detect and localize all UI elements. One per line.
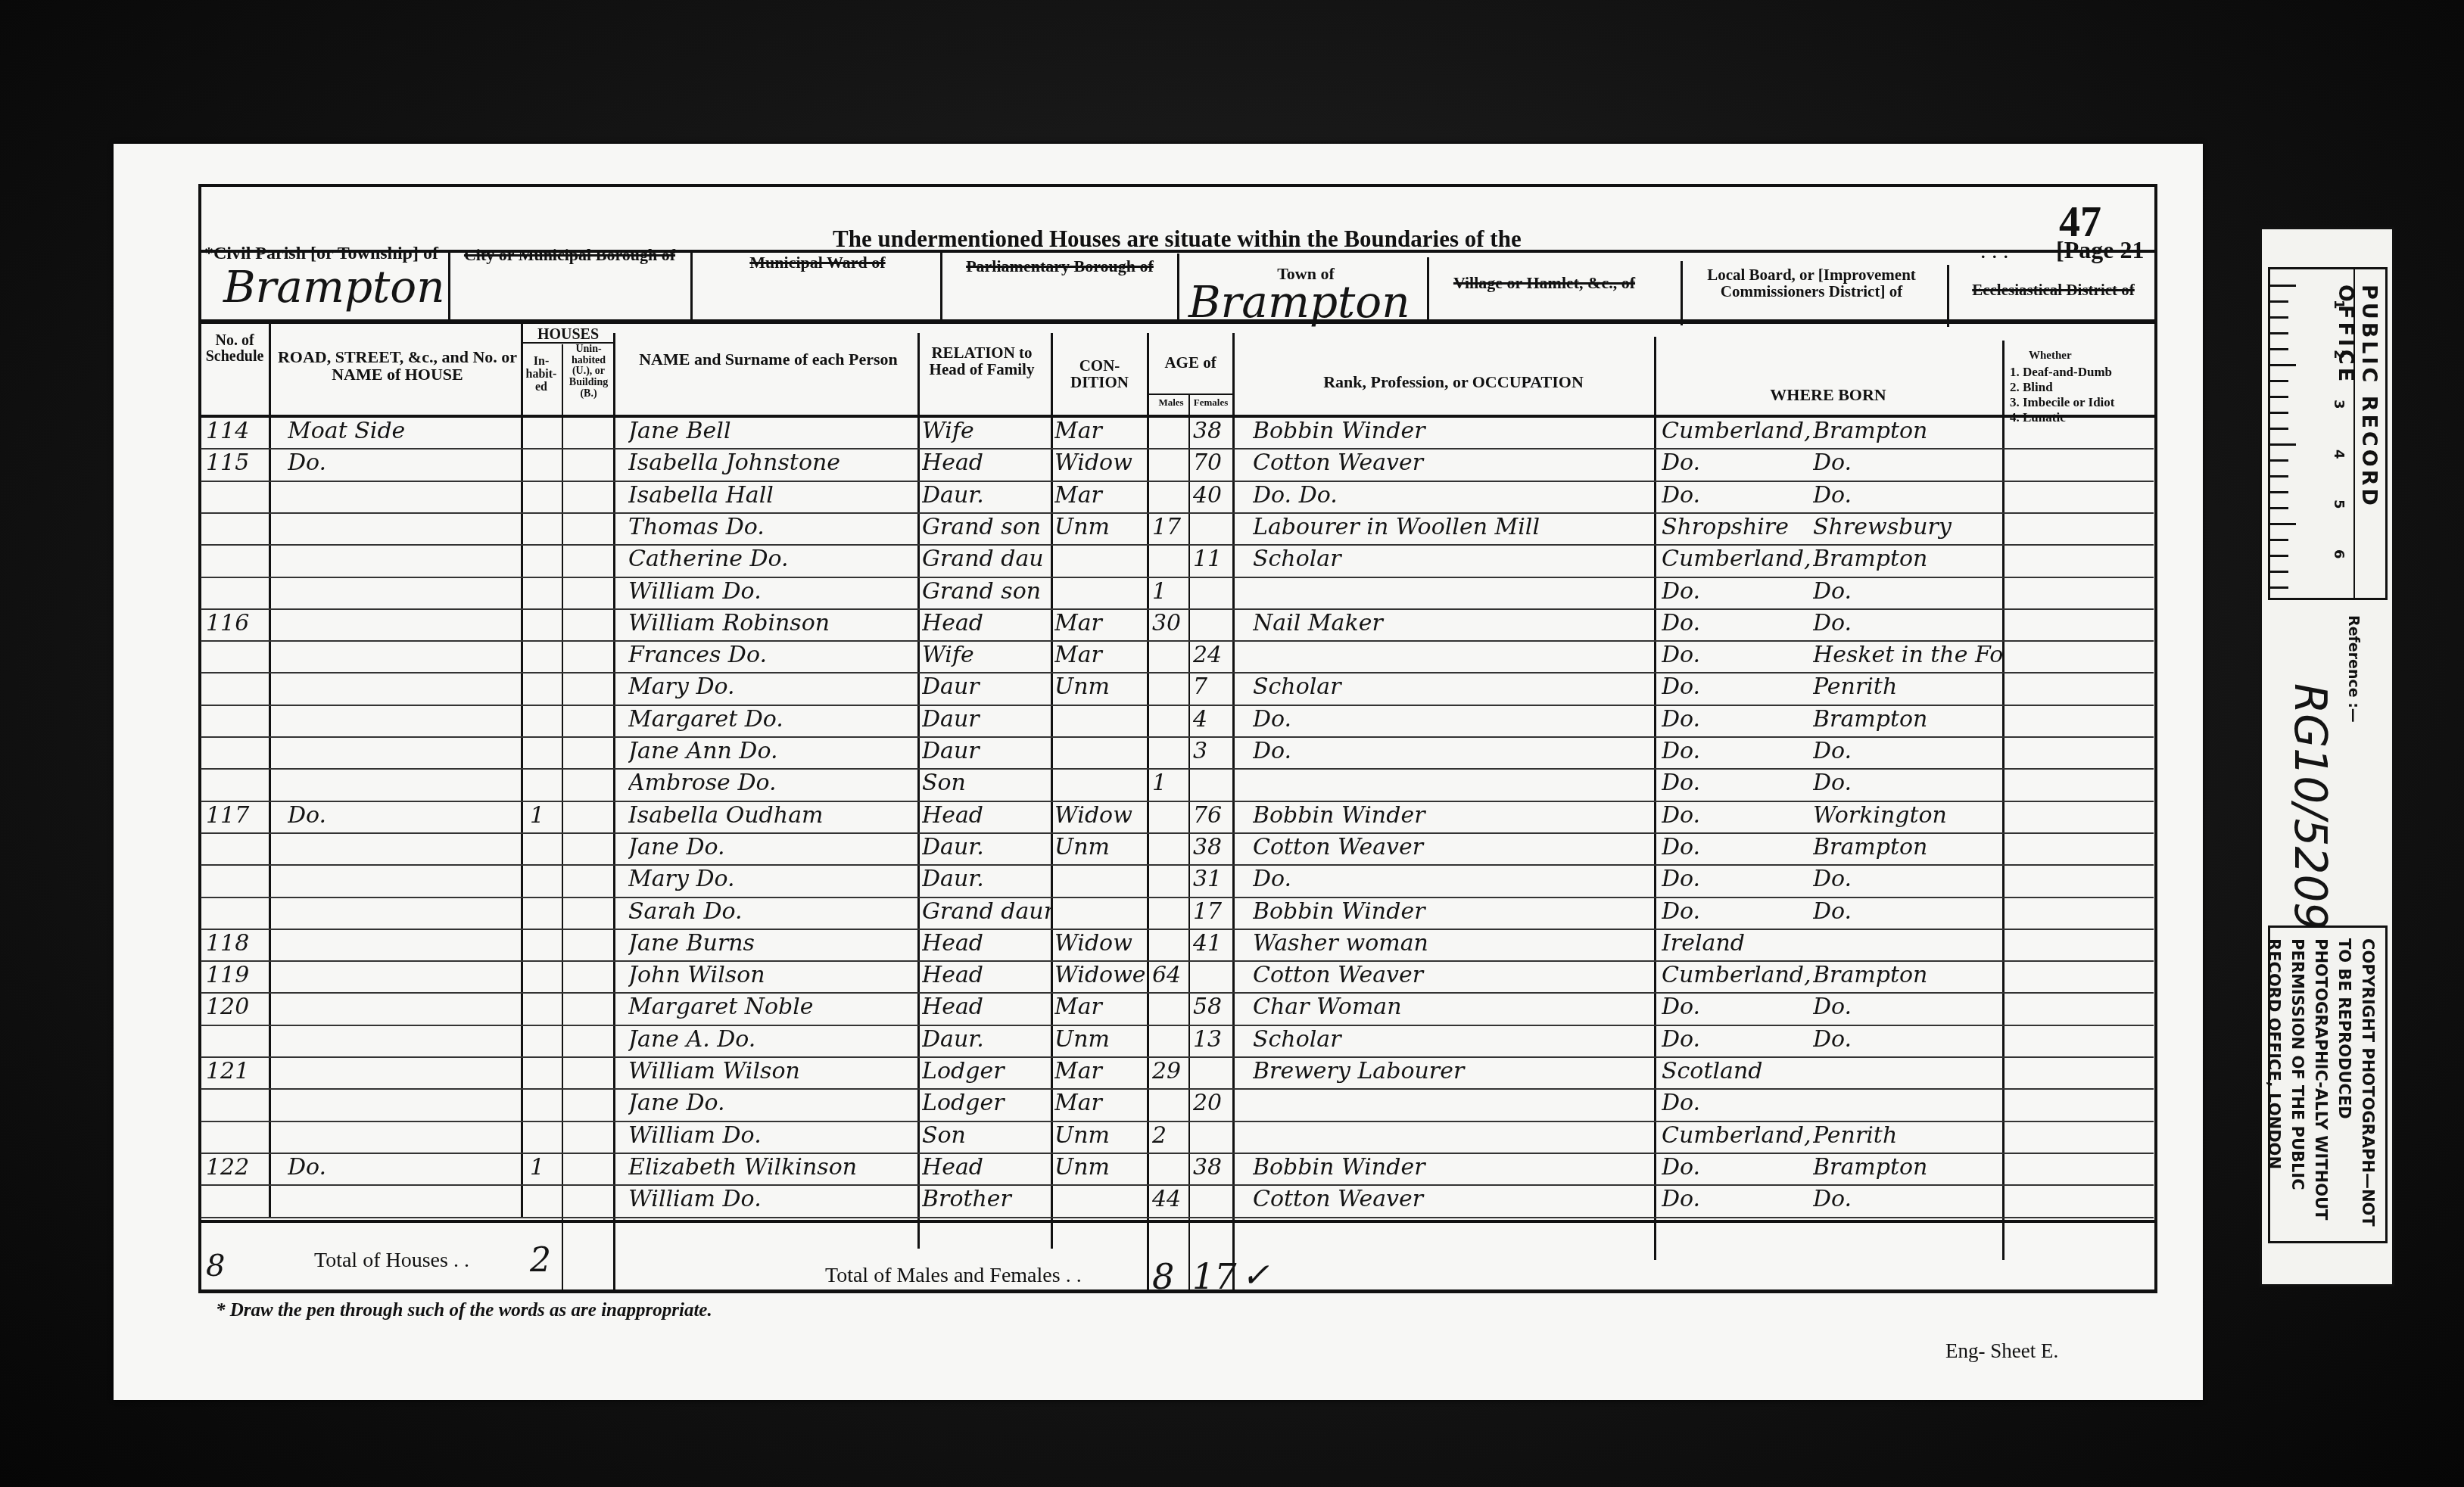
- total-houses-inhabited: 2: [530, 1241, 551, 1280]
- cell-occupation: Do.: [1253, 738, 1650, 770]
- cell-female-age: 38: [1193, 1154, 1232, 1186]
- cell-road: [288, 994, 515, 1025]
- cell-inhabited: [530, 578, 560, 610]
- cell-born-county: Ireland: [1662, 930, 1813, 962]
- cell-name: Jane Do.: [628, 834, 916, 866]
- ruler-tick: [2270, 412, 2288, 414]
- cell-road: [288, 1186, 515, 1218]
- boundary-label-municipal-borough: City or Municipal Borough of: [454, 246, 685, 263]
- cell-occupation: Cotton Weaver: [1253, 962, 1650, 994]
- cell-inhabited: 1: [530, 1154, 560, 1186]
- cell-relation: Lodger: [922, 1090, 1051, 1121]
- cell-condition: Unm: [1054, 1122, 1145, 1154]
- cell-male-age: [1152, 802, 1188, 834]
- cell-condition: Mar: [1054, 994, 1145, 1025]
- cell-relation: Wife: [922, 418, 1051, 450]
- cell-occupation: Scholar: [1253, 1026, 1650, 1058]
- cell-schedule: [206, 1026, 266, 1058]
- cell-relation: Head: [922, 1154, 1051, 1186]
- divider: [1232, 333, 1235, 1290]
- cell-female-age: 24: [1193, 642, 1232, 674]
- cell-occupation: Char Woman: [1253, 994, 1650, 1025]
- cell-road: [288, 962, 515, 994]
- cell-name: Thomas Do.: [628, 514, 916, 546]
- copyright-box: COPYRIGHT PHOTOGRAPH—NOT TO BE REPRODUCE…: [2268, 925, 2388, 1243]
- cell-relation: Son: [922, 770, 1051, 801]
- cell-road: Do.: [288, 802, 515, 834]
- cell-male-age: 1: [1152, 770, 1188, 801]
- cell-road: [288, 706, 515, 738]
- cell-occupation: Cotton Weaver: [1253, 1186, 1650, 1218]
- cell-name: Mary Do.: [628, 674, 916, 705]
- cell-relation: Grand son: [922, 514, 1051, 546]
- cell-schedule: [206, 834, 266, 866]
- cell-occupation: Nail Maker: [1253, 610, 1650, 642]
- col-header-females: Females: [1190, 397, 1232, 408]
- cell-schedule: [206, 1186, 266, 1218]
- cell-relation: Head: [922, 994, 1051, 1025]
- cell-name: John Wilson: [628, 962, 916, 994]
- cell-male-age: [1152, 450, 1188, 481]
- cell-born-county: Shropshire: [1662, 514, 1813, 546]
- row-rule: [201, 1217, 2154, 1218]
- cell-born-county: Cumberland,: [1662, 962, 1813, 994]
- cell-occupation: Cotton Weaver: [1253, 834, 1650, 866]
- cell-road: [288, 674, 515, 705]
- cell-occupation: Do. Do.: [1253, 482, 1650, 514]
- cell-born-place: Brampton: [1813, 834, 2002, 866]
- cell-relation: Daur: [922, 706, 1051, 738]
- cell-born-county: Do.: [1662, 802, 1813, 834]
- divider: [1947, 265, 1949, 327]
- check-mark-icon: ✓: [1241, 1256, 1269, 1295]
- col-header-males: Males: [1152, 397, 1190, 408]
- cell-born-county: Do.: [1662, 610, 1813, 642]
- cell-schedule: [206, 674, 266, 705]
- reference-value: RG10/5209: [2285, 683, 2336, 930]
- cell-female-age: [1193, 578, 1232, 610]
- cell-occupation: Bobbin Winder: [1253, 418, 1650, 450]
- cell-inhabited: [530, 1090, 560, 1121]
- ruler-cm-label: 2: [2331, 350, 2347, 359]
- cell-born-place: Workington: [1813, 802, 2002, 834]
- cell-born-place: Brampton: [1813, 962, 2002, 994]
- ruler-cm-label: 4: [2331, 450, 2347, 459]
- cell-female-age: [1193, 1186, 1232, 1218]
- cell-born-place: Penrith: [1813, 1122, 2002, 1154]
- cell-road: [288, 898, 515, 930]
- cell-occupation: [1253, 1090, 1650, 1121]
- cell-inhabited: [530, 418, 560, 450]
- cell-condition: Widow: [1054, 802, 1145, 834]
- cell-name: Jane Bell: [628, 418, 916, 450]
- cell-occupation: Bobbin Winder: [1253, 802, 1650, 834]
- cell-name: Jane A. Do.: [628, 1026, 916, 1058]
- cell-schedule: [206, 578, 266, 610]
- cell-occupation: Labourer in Woollen Mill: [1253, 514, 1650, 546]
- cell-relation: Lodger: [922, 1058, 1051, 1090]
- cell-female-age: 20: [1193, 1090, 1232, 1121]
- cell-female-age: 40: [1193, 482, 1232, 514]
- cell-schedule: [206, 546, 266, 577]
- cell-inhabited: [530, 738, 560, 770]
- cell-occupation: [1253, 642, 1650, 674]
- cell-occupation: Bobbin Winder: [1253, 1154, 1650, 1186]
- cell-schedule: 121: [206, 1058, 266, 1090]
- cell-occupation: Bobbin Winder: [1253, 898, 1650, 930]
- cell-inhabited: [530, 1186, 560, 1218]
- cell-condition: Mar: [1054, 482, 1145, 514]
- margin-note: 8: [206, 1249, 225, 1283]
- cell-female-age: [1193, 1058, 1232, 1090]
- cell-schedule: 118: [206, 930, 266, 962]
- cell-male-age: [1152, 898, 1188, 930]
- cell-road: Moat Side: [288, 418, 515, 450]
- cell-born-place: Penrith: [1813, 674, 2002, 705]
- cell-relation: Head: [922, 962, 1051, 994]
- divider: [1427, 257, 1429, 324]
- cell-male-age: 1: [1152, 578, 1188, 610]
- cell-inhabited: [530, 674, 560, 705]
- cell-female-age: [1193, 1122, 1232, 1154]
- cell-inhabited: [530, 642, 560, 674]
- public-record-office-label: PUBLIC RECORD OFFICE 123456 Reference :—…: [2260, 227, 2394, 1286]
- cell-relation: Daur: [922, 738, 1051, 770]
- ruler: PUBLIC RECORD OFFICE 123456: [2268, 267, 2388, 600]
- ruler-tick: [2270, 380, 2288, 382]
- cell-name: Jane Ann Do.: [628, 738, 916, 770]
- cell-road: [288, 834, 515, 866]
- cell-male-age: [1152, 834, 1188, 866]
- cell-female-age: 58: [1193, 994, 1232, 1025]
- col-header-occupation: Rank, Profession, or OCCUPATION: [1257, 373, 1650, 390]
- cell-born-place: Brampton: [1813, 706, 2002, 738]
- cell-female-age: 70: [1193, 450, 1232, 481]
- footnote: * Draw the pen through such of the words…: [216, 1300, 712, 1321]
- cell-relation: Head: [922, 610, 1051, 642]
- ruler-tick: [2270, 300, 2288, 303]
- cell-occupation: Do.: [1253, 866, 1650, 897]
- cell-inhabited: [530, 546, 560, 577]
- cell-condition: [1054, 738, 1145, 770]
- boundary-label-municipal-ward: Municipal Ward of: [696, 254, 939, 271]
- col-header-uninhabited: Unin-habited (U.), or Building (B.): [564, 344, 613, 400]
- cell-male-age: [1152, 1026, 1188, 1058]
- cell-condition: [1054, 866, 1145, 897]
- cell-road: [288, 866, 515, 897]
- ruler-tick: [2270, 507, 2288, 509]
- ruler-tick: [2270, 459, 2288, 462]
- cell-road: [288, 1058, 515, 1090]
- cell-road: [288, 610, 515, 642]
- cell-schedule: [206, 482, 266, 514]
- cell-occupation: [1253, 770, 1650, 801]
- cell-male-age: [1152, 706, 1188, 738]
- cell-female-age: 13: [1193, 1026, 1232, 1058]
- cell-name: William Do.: [628, 1122, 916, 1154]
- cell-female-age: 41: [1193, 930, 1232, 962]
- cell-name: Isabella Hall: [628, 482, 916, 514]
- cell-born-county: Do.: [1662, 1026, 1813, 1058]
- cell-name: Elizabeth Wilkinson: [628, 1154, 916, 1186]
- cell-condition: Widower: [1054, 962, 1145, 994]
- cell-male-age: [1152, 1154, 1188, 1186]
- cell-schedule: [206, 1122, 266, 1154]
- col-header-inhabited: In-habit-ed: [522, 356, 560, 394]
- cell-occupation: Scholar: [1253, 546, 1650, 577]
- cell-name: Margaret Noble: [628, 994, 916, 1025]
- sheet-label: Eng- Sheet E.: [1945, 1339, 2058, 1363]
- ruler-cm-label: 6: [2331, 549, 2347, 559]
- divider: [917, 333, 920, 1249]
- cell-road: [288, 930, 515, 962]
- divider: [448, 250, 450, 319]
- cell-born-county: Scotland: [1662, 1058, 1813, 1090]
- ruler-tick: [2270, 332, 2288, 334]
- cell-schedule: [206, 642, 266, 674]
- copyright-notice: COPYRIGHT PHOTOGRAPH—NOT TO BE REPRODUCE…: [2262, 938, 2379, 1233]
- cell-schedule: [206, 706, 266, 738]
- cell-relation: Head: [922, 450, 1051, 481]
- cell-female-age: 4: [1193, 706, 1232, 738]
- cell-born-county: Do.: [1662, 994, 1813, 1025]
- cell-born-place: Do.: [1813, 738, 2002, 770]
- cell-road: Do.: [288, 1154, 515, 1186]
- cell-born-place: Hesket in the Forest: [1813, 642, 2002, 674]
- cell-female-age: [1193, 962, 1232, 994]
- col-header-relation: RELATION to Head of Family: [925, 344, 1039, 378]
- divider: [1147, 333, 1149, 1290]
- cell-male-age: [1152, 642, 1188, 674]
- cell-born-place: Shrewsbury: [1813, 514, 2002, 546]
- divider: [1681, 261, 1683, 325]
- cell-condition: Unm: [1054, 1026, 1145, 1058]
- col-header-schedule: No. of Schedule: [201, 333, 269, 365]
- cell-condition: [1054, 546, 1145, 577]
- cell-condition: [1054, 578, 1145, 610]
- divider: [269, 322, 271, 1218]
- cell-schedule: [206, 738, 266, 770]
- ruler-tick: [2270, 475, 2288, 478]
- cell-relation: Son: [922, 1122, 1051, 1154]
- cell-born-county: Cumberland,: [1662, 418, 1813, 450]
- cell-name: Jane Burns: [628, 930, 916, 962]
- cell-road: [288, 514, 515, 546]
- divider: [562, 344, 563, 1290]
- cell-relation: Daur.: [922, 1026, 1051, 1058]
- boundary-value-civil-parish: Brampton: [223, 261, 445, 313]
- cell-schedule: 120: [206, 994, 266, 1025]
- cell-road: [288, 770, 515, 801]
- cell-female-age: [1193, 610, 1232, 642]
- ruler-tick: [2270, 396, 2288, 398]
- cell-inhabited: [530, 834, 560, 866]
- cell-condition: Unm: [1054, 674, 1145, 705]
- cell-born-county: Cumberland,: [1662, 1122, 1813, 1154]
- cell-inhabited: [530, 706, 560, 738]
- cell-occupation: Washer woman: [1253, 930, 1650, 962]
- cell-born-place: Do.: [1813, 898, 2002, 930]
- cell-relation: Daur.: [922, 834, 1051, 866]
- cell-female-age: [1193, 770, 1232, 801]
- cell-male-age: [1152, 866, 1188, 897]
- cell-condition: Unm: [1054, 514, 1145, 546]
- cell-schedule: [206, 866, 266, 897]
- cell-name: Mary Do.: [628, 866, 916, 897]
- cell-schedule: [206, 898, 266, 930]
- cell-inhabited: [530, 610, 560, 642]
- cell-born-county: Do.: [1662, 1154, 1813, 1186]
- divider: [521, 322, 523, 1218]
- cell-female-age: 17: [1193, 898, 1232, 930]
- cell-condition: Mar: [1054, 642, 1145, 674]
- divider: [1188, 394, 1190, 1290]
- cell-born-county: Do.: [1662, 706, 1813, 738]
- cell-born-county: Do.: [1662, 578, 1813, 610]
- cell-schedule: 119: [206, 962, 266, 994]
- cell-name: Isabella Johnstone: [628, 450, 916, 481]
- cell-condition: [1054, 770, 1145, 801]
- cell-female-age: 3: [1193, 738, 1232, 770]
- cell-occupation: Scholar: [1253, 674, 1650, 705]
- cell-road: Do.: [288, 450, 515, 481]
- cell-male-age: 17: [1152, 514, 1188, 546]
- cell-inhabited: [530, 514, 560, 546]
- cell-male-age: 30: [1152, 610, 1188, 642]
- cell-inhabited: [530, 1122, 560, 1154]
- cell-born-place: Do.: [1813, 578, 2002, 610]
- cell-name: William Do.: [628, 578, 916, 610]
- cell-name: Margaret Do.: [628, 706, 916, 738]
- ruler-tick: [2270, 285, 2296, 287]
- cell-born-place: [1813, 1090, 2002, 1121]
- cell-relation: Brother: [922, 1186, 1051, 1218]
- cell-born-place: Do.: [1813, 482, 2002, 514]
- cell-name: Ambrose Do.: [628, 770, 916, 801]
- cell-male-age: [1152, 674, 1188, 705]
- cell-female-age: 76: [1193, 802, 1232, 834]
- cell-born-place: Do.: [1813, 1186, 2002, 1218]
- cell-inhabited: [530, 1026, 560, 1058]
- ruler-tick: [2270, 443, 2296, 446]
- cell-condition: Mar: [1054, 610, 1145, 642]
- cell-male-age: [1152, 482, 1188, 514]
- cell-condition: Widow: [1054, 450, 1145, 481]
- divider: [521, 342, 613, 344]
- cell-name: Jane Do.: [628, 1090, 916, 1121]
- cell-relation: Grand dau: [922, 546, 1051, 577]
- divider: [1177, 254, 1179, 322]
- cell-occupation: [1253, 578, 1650, 610]
- cell-occupation: Cotton Weaver: [1253, 450, 1650, 481]
- cell-born-county: Do.: [1662, 1090, 1813, 1121]
- cell-born-county: Do.: [1662, 674, 1813, 705]
- cell-born-place: Brampton: [1813, 1154, 2002, 1186]
- cell-name: Isabella Oudham: [628, 802, 916, 834]
- cell-condition: Mar: [1054, 418, 1145, 450]
- cell-born-place: [1813, 930, 2002, 962]
- cell-born-county: Do.: [1662, 738, 1813, 770]
- cell-born-county: Cumberland,: [1662, 546, 1813, 577]
- col-header-name: NAME and Surname of each Person: [628, 350, 908, 368]
- cell-male-age: [1152, 930, 1188, 962]
- cell-female-age: [1193, 514, 1232, 546]
- cell-relation: Daur.: [922, 866, 1051, 897]
- cell-name: Sarah Do.: [628, 898, 916, 930]
- cell-road: [288, 738, 515, 770]
- cell-born-place: Do.: [1813, 994, 2002, 1025]
- cell-road: [288, 482, 515, 514]
- cell-female-age: 7: [1193, 674, 1232, 705]
- cell-condition: Unm: [1054, 834, 1145, 866]
- cell-condition: [1054, 706, 1145, 738]
- divider: [198, 1290, 2157, 1293]
- cell-born-county: Do.: [1662, 770, 1813, 801]
- cell-schedule: 116: [206, 610, 266, 642]
- divider: [198, 319, 2157, 324]
- cell-born-county: Do.: [1662, 450, 1813, 481]
- cell-condition: Unm: [1054, 1154, 1145, 1186]
- ruler-tick: [2270, 316, 2288, 319]
- cell-inhabited: [530, 930, 560, 962]
- cell-female-age: 38: [1193, 418, 1232, 450]
- cell-male-age: [1152, 1090, 1188, 1121]
- total-houses-label: Total of Houses . .: [314, 1249, 469, 1273]
- cell-relation: Grand daur: [922, 898, 1051, 930]
- cell-born-place: Do.: [1813, 450, 2002, 481]
- cell-inhabited: [530, 866, 560, 897]
- ruler-tick: [2270, 555, 2288, 557]
- cell-road: [288, 1122, 515, 1154]
- cell-born-county: Do.: [1662, 642, 1813, 674]
- cell-born-county: Do.: [1662, 898, 1813, 930]
- cell-road: [288, 1026, 515, 1058]
- cell-name: William Robinson: [628, 610, 916, 642]
- cell-born-place: Brampton: [1813, 546, 2002, 577]
- cell-female-age: 38: [1193, 834, 1232, 866]
- cell-schedule: 122: [206, 1154, 266, 1186]
- cell-name: Catherine Do.: [628, 546, 916, 577]
- cell-condition: Mar: [1054, 1090, 1145, 1121]
- cell-condition: [1054, 1186, 1145, 1218]
- cell-occupation: Brewery Labourer: [1253, 1058, 1650, 1090]
- ruler-tick: [2270, 523, 2296, 525]
- cell-schedule: 115: [206, 450, 266, 481]
- cell-name: Frances Do.: [628, 642, 916, 674]
- cell-female-age: 31: [1193, 866, 1232, 897]
- cell-born-county: Do.: [1662, 834, 1813, 866]
- cell-female-age: 11: [1193, 546, 1232, 577]
- cell-inhabited: [530, 1058, 560, 1090]
- ruler-cm-label: 5: [2331, 499, 2347, 509]
- cell-schedule: [206, 770, 266, 801]
- cell-road: [288, 642, 515, 674]
- cell-born-place: Do.: [1813, 1026, 2002, 1058]
- col-header-road: ROAD, STREET, &c., and No. or NAME of HO…: [273, 348, 522, 383]
- ruler-tick: [2270, 586, 2288, 589]
- cell-name: William Do.: [628, 1186, 916, 1218]
- cell-born-place: Do.: [1813, 610, 2002, 642]
- divider: [613, 333, 615, 1290]
- cell-name: William Wilson: [628, 1058, 916, 1090]
- col-header-infirmity-title: Whether: [2029, 350, 2072, 362]
- col-header-houses: HOUSES: [525, 327, 612, 343]
- ruler-tick: [2270, 571, 2288, 573]
- cell-relation: Daur.: [922, 482, 1051, 514]
- cell-occupation: Do.: [1253, 706, 1650, 738]
- ruler-cm-label: 3: [2331, 400, 2347, 409]
- cell-inhabited: [530, 898, 560, 930]
